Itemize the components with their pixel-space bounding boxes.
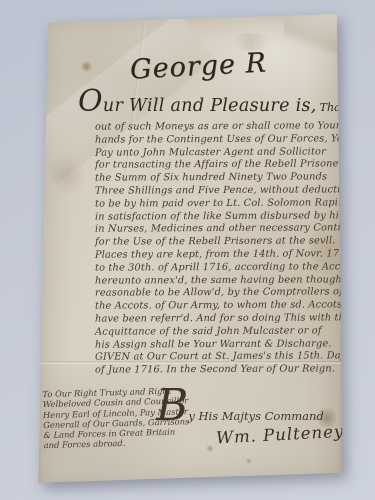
- royal-sign-manual: George R: [129, 47, 267, 85]
- body-text: out of such Moneys as are or shall come …: [95, 121, 343, 377]
- paper-shadow-wrapper: George R Our Will and Pleasure is,That o…: [0, 0, 375, 500]
- age-speck: [206, 445, 214, 452]
- age-speck: [246, 458, 252, 464]
- body-line: of June 1716. In the Second Year of Our …: [95, 363, 343, 377]
- opening-line-main: Our Will and Pleasure is,: [78, 96, 317, 116]
- body-line: to the 30th. of Aprill 1716, according t…: [95, 261, 343, 275]
- photo-background: George R Our Will and Pleasure is,That o…: [0, 0, 375, 500]
- corner-fold-topright: [284, 13, 346, 53]
- body-line: out of such Moneys as are or shall come …: [95, 120, 343, 134]
- age-stain-left: [50, 153, 84, 199]
- opening-line-tail: That: [320, 101, 345, 114]
- opening-line: Our Will and Pleasure is,That: [78, 91, 345, 119]
- body-line: Acquittance of the said John Mulcaster o…: [95, 325, 343, 339]
- body-line: Three Shillings and Five Pence, without …: [95, 184, 343, 198]
- body-line: the Accots. of Our Army, to whom the sd.…: [95, 300, 343, 314]
- body-line: to be by him paid over to Lt. Col. Solom…: [95, 197, 343, 211]
- body-line: for the Use of the Rebell Prisoners at t…: [95, 236, 343, 250]
- manuscript-paper: George R Our Will and Pleasure is,That o…: [38, 13, 343, 486]
- body-line: Places they are kept, from the 14th. of …: [95, 248, 343, 262]
- body-line: have been referr'd. And for so doing Thi…: [95, 312, 343, 326]
- ink-stain-spot: [80, 61, 93, 72]
- body-line: the Summ of Six hundred Ninety Two Pound…: [95, 172, 343, 186]
- body-line: hands for the Contingent Uses of Our For…: [95, 133, 343, 147]
